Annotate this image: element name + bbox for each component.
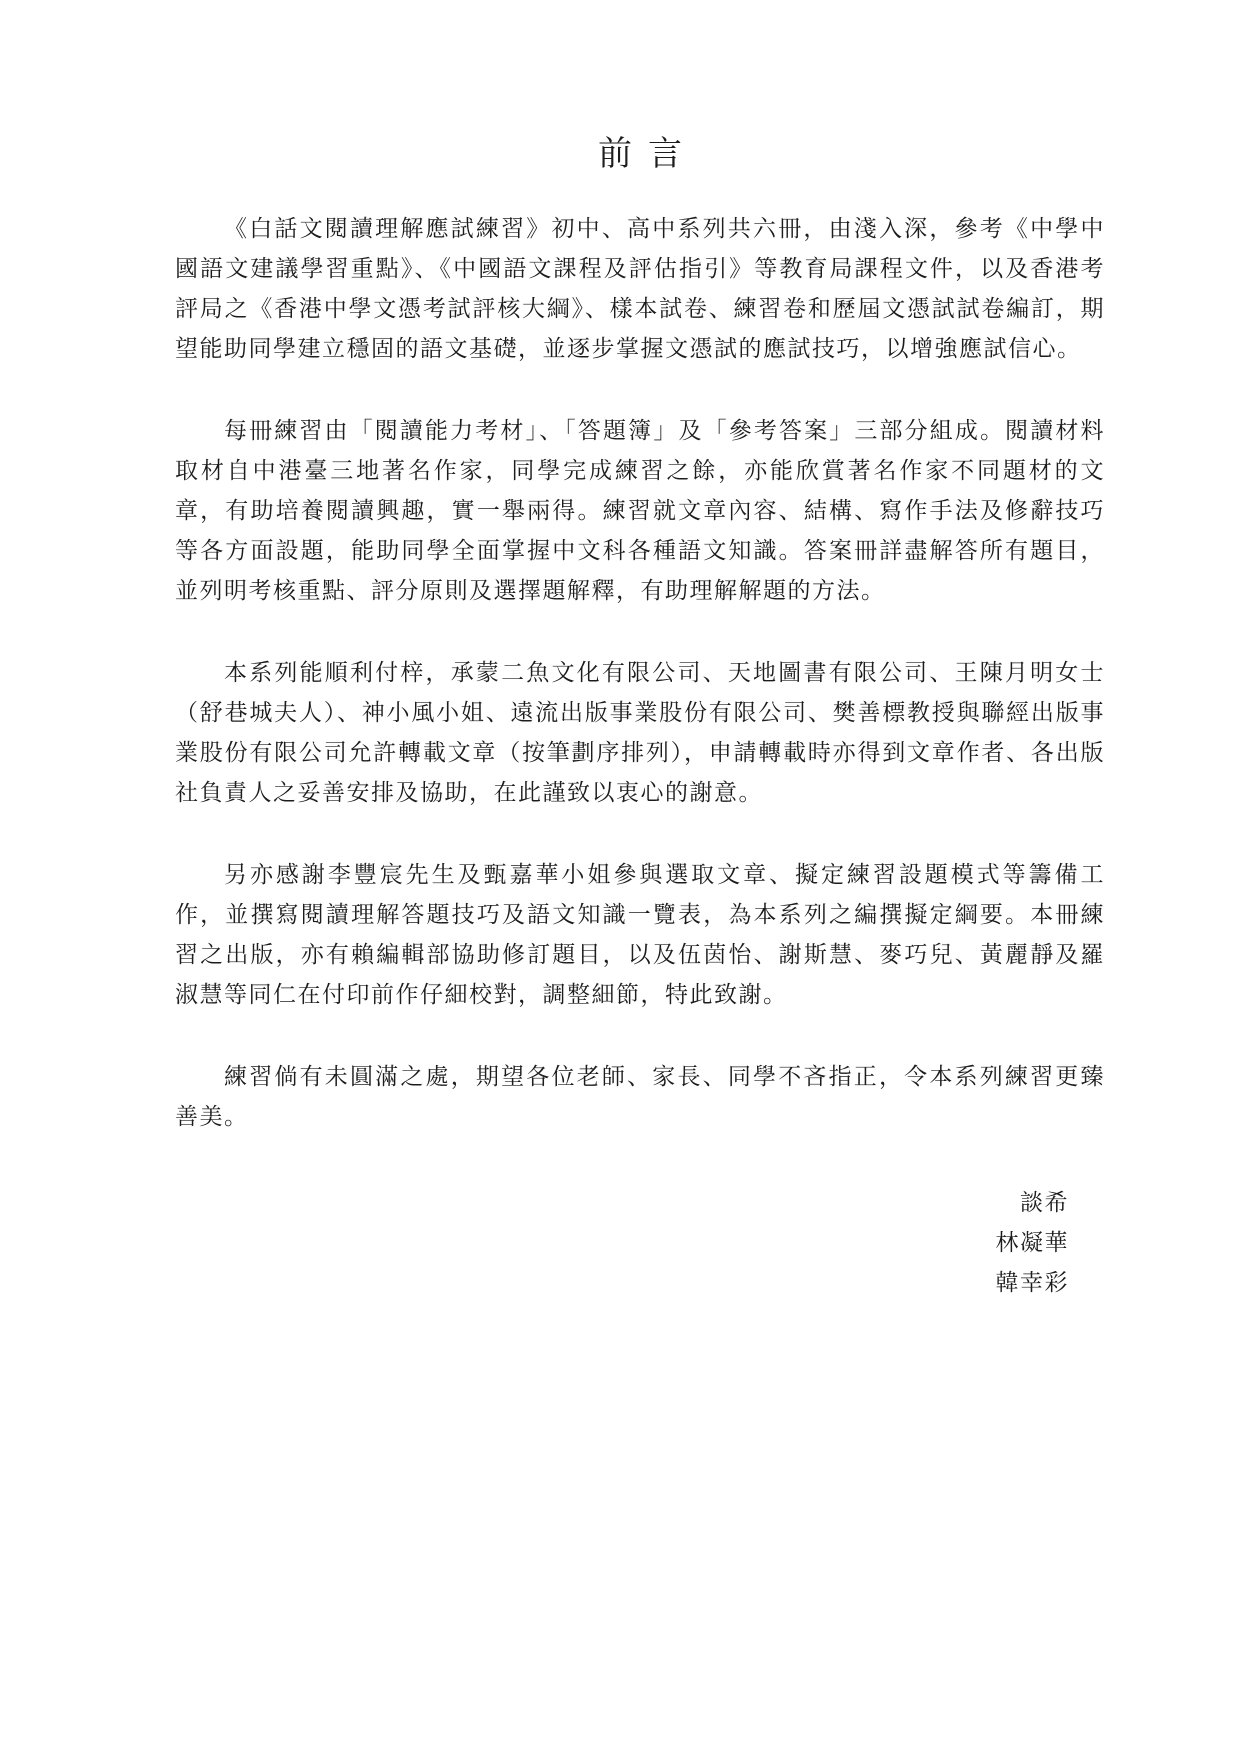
preface-paragraph-2: 每冊練習由「閱讀能力考材」、「答題簿」及「參考答案」三部分組成。閱讀材料取材自中… bbox=[175, 411, 1105, 611]
preface-paragraph-3: 本系列能順利付梓，承蒙二魚文化有限公司、天地圖書有限公司、王陳月明女士（舒巷城夫… bbox=[175, 653, 1105, 813]
preface-paragraph-4: 另亦感謝李豐宸先生及甄嘉華小姐參與選取文章、擬定練習設題模式等籌備工作，並撰寫閱… bbox=[175, 855, 1105, 1015]
signature-name: 林凝華 bbox=[175, 1223, 1069, 1263]
signature-block: 談希 林凝華 韓幸彩 bbox=[175, 1183, 1105, 1303]
preface-content: 前言 《白話文閱讀理解應試練習》初中、高中系列共六冊，由淺入深，參考《中學中國語… bbox=[175, 126, 1105, 1303]
document-page: 前言 《白話文閱讀理解應試練習》初中、高中系列共六冊，由淺入深，參考《中學中國語… bbox=[0, 0, 1240, 1755]
signature-name: 談希 bbox=[175, 1183, 1069, 1223]
preface-title: 前言 bbox=[175, 126, 1105, 175]
preface-paragraph-5: 練習倘有未圓滿之處，期望各位老師、家長、同學不吝指正，令本系列練習更臻善美。 bbox=[175, 1057, 1105, 1137]
signature-name: 韓幸彩 bbox=[175, 1263, 1069, 1303]
preface-paragraph-1: 《白話文閱讀理解應試練習》初中、高中系列共六冊，由淺入深，參考《中學中國語文建議… bbox=[175, 209, 1105, 369]
